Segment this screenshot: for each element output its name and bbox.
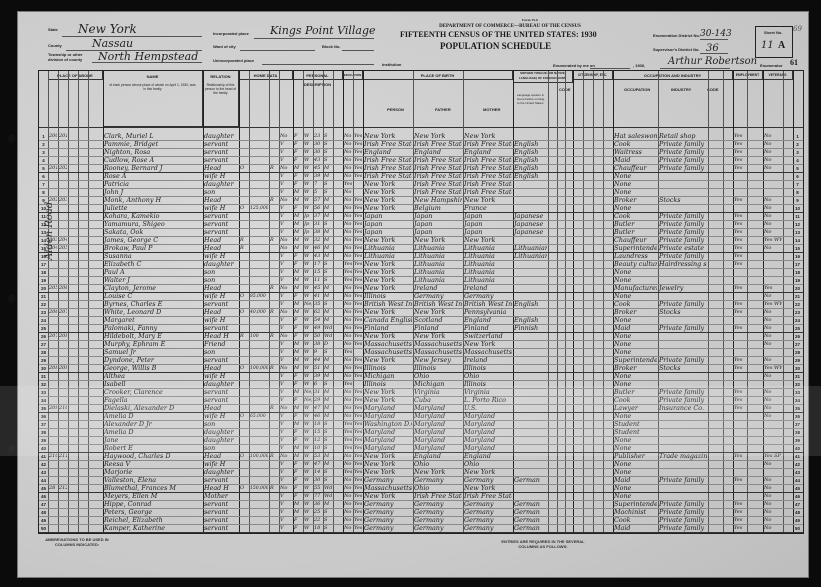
line-number: 41	[793, 453, 802, 461]
margin-note: Alden Road	[44, 202, 55, 260]
line-number: 21	[39, 293, 48, 301]
cell-rel: servant	[204, 524, 238, 533]
enumerator-label: Enumerator	[760, 63, 782, 68]
header-divider	[39, 127, 803, 128]
cell-sex: F	[294, 524, 302, 533]
county-value: Nassau	[92, 37, 133, 50]
cell-work: Yes	[734, 524, 746, 533]
line-number: 47	[793, 501, 802, 509]
block-label: Block No.	[322, 44, 340, 49]
punch-hole	[8, 134, 15, 143]
state-value: New York	[78, 22, 137, 36]
enum-district-value: 30-143	[700, 29, 732, 39]
cell-race: W	[304, 524, 312, 533]
line-number: 2	[39, 141, 48, 149]
line-number: 36	[793, 413, 802, 421]
punch-hole	[8, 444, 15, 453]
group-mother-tongue: MOTHER TONGUE (OR NATIVE LANGUAGE) OF FO…	[513, 71, 573, 83]
line-number: 30	[793, 365, 802, 373]
entries-title: ENTRIES ARE REQUIRED IN THE SEVERAL COLU…	[498, 539, 588, 549]
line-number: 24	[793, 317, 802, 325]
line-number: 27	[793, 341, 802, 349]
line-number: 27	[39, 341, 48, 349]
father-col-header: FATHER	[435, 107, 451, 112]
cell-fam	[59, 524, 67, 533]
line-number: 35	[793, 405, 802, 413]
line-number: 8	[39, 189, 48, 197]
line-number: 4	[793, 157, 802, 165]
enum-district-line	[700, 39, 728, 40]
line-number: 43	[39, 469, 48, 477]
enum-district-label: Enumeration District No.	[653, 33, 700, 38]
block-line	[342, 50, 374, 51]
line-number: 49	[39, 517, 48, 525]
line-number: 35	[39, 405, 48, 413]
supervisor-label: Supervisor's District No.	[653, 47, 700, 52]
mother-col-header: MOTHER	[483, 107, 500, 112]
cell-mpob: Germany	[464, 524, 512, 533]
cell-farm: V	[280, 524, 292, 533]
line-number: 25	[793, 325, 802, 333]
line-number: 38	[793, 429, 802, 437]
institution-label: Institution	[382, 62, 401, 67]
line-number: 29	[39, 357, 48, 365]
ward-line	[240, 50, 315, 51]
line-number: 17	[793, 261, 802, 269]
county-label: County	[48, 43, 62, 48]
line-number: 8	[793, 189, 802, 197]
enumerator-name: Arthur Robertson	[668, 56, 757, 67]
line-number: 46	[39, 493, 48, 501]
line-number: 2	[793, 141, 802, 149]
corner-number: 69	[793, 25, 802, 33]
line-number: 21	[793, 293, 802, 301]
supervisor-value: 36	[706, 43, 719, 54]
line-number: 18	[39, 269, 48, 277]
line-number: 12	[793, 221, 802, 229]
name-header: NAME	[147, 74, 159, 79]
line-number: 4	[39, 157, 48, 165]
group-home-data: HOME DATA	[239, 71, 293, 80]
sheet-label: Sheet No.	[764, 30, 782, 35]
cell-radio	[270, 524, 278, 533]
line-number: 36	[39, 413, 48, 421]
cell-age: 18	[314, 524, 322, 533]
line-number: 37	[39, 421, 48, 429]
line-number: 16	[793, 253, 802, 261]
line-number: 11	[793, 213, 802, 221]
cell-vet: No	[764, 524, 782, 533]
relation-header: RELATION	[210, 74, 230, 79]
line-number: 18	[793, 269, 802, 277]
cell-ind: Private family	[659, 524, 707, 533]
line-number: 48	[793, 509, 802, 517]
line-number: 24	[39, 317, 48, 325]
table-row: 5050Kamper, KatherineservantVFW18SNoYesG…	[39, 525, 803, 533]
township-value: North Hempstead	[98, 50, 198, 63]
census-title: FIFTEENTH CENSUS OF THE UNITED STATES: 1…	[400, 30, 590, 39]
sheet-side: A	[778, 40, 785, 51]
line-number: 33	[39, 389, 48, 397]
line-number: 7	[39, 181, 48, 189]
line-number: 22	[793, 301, 802, 309]
line-number: 39	[39, 437, 48, 445]
cell-school: No	[344, 524, 352, 533]
cell-lang: German	[514, 524, 547, 533]
line-number: 34	[39, 397, 48, 405]
line-number: 48	[39, 509, 48, 517]
line-number: 28	[793, 349, 802, 357]
line-number: 29	[793, 357, 802, 365]
line-number: 19	[793, 277, 802, 285]
line-number: 37	[793, 421, 802, 429]
date-line	[590, 68, 630, 69]
line-number: 42	[39, 461, 48, 469]
line-number: 49	[793, 517, 802, 525]
group-veterans: VETERANS	[763, 71, 793, 80]
occupation-col-header: OCCUPATION	[624, 87, 650, 92]
line-number: 20	[793, 285, 802, 293]
line-number: 28	[39, 349, 48, 357]
line-number: 17	[39, 261, 48, 269]
unincorporated-label: Unincorporated place	[213, 58, 254, 63]
sheet-number-box: Sheet No. 11 A	[755, 26, 793, 58]
line-number: 44	[39, 477, 48, 485]
unincorporated-line	[262, 64, 374, 65]
line-number: 50	[793, 525, 802, 533]
line-number: 7	[793, 181, 802, 189]
line-number: 23	[793, 309, 802, 317]
cell-name: Kamper, Katherine	[104, 524, 202, 533]
line-number: 40	[39, 445, 48, 453]
line-number: 5	[793, 165, 802, 173]
line-number: 41	[39, 453, 48, 461]
sheet-number: 11	[761, 40, 774, 51]
group-name: NAMEof each person whose place of abode …	[103, 71, 203, 127]
group-personal-description: PERSONAL DESCRIPTION	[293, 71, 343, 80]
line-number: 47	[39, 501, 48, 509]
person-col-header: PERSON	[387, 107, 404, 112]
cell-dw	[49, 524, 57, 533]
stamp-number: 61	[790, 58, 798, 67]
punch-hole	[8, 294, 15, 303]
group-place-of-birth: PLACE OF BIRTH	[363, 71, 513, 80]
cell-pob: Germany	[364, 524, 412, 533]
line-number: 26	[39, 333, 48, 341]
line-number: 46	[793, 493, 802, 501]
line-number: 5	[39, 165, 48, 173]
line-number: 1	[39, 133, 48, 141]
line-number: 31	[39, 373, 48, 381]
enumerated-label: Enumerated by me on	[553, 63, 595, 68]
line-number: 13	[793, 229, 802, 237]
form-number: Form 15-6	[490, 18, 570, 22]
line-number: 15	[793, 245, 802, 253]
line-number: 34	[793, 397, 802, 405]
line-number: 22	[39, 301, 48, 309]
relation-description: Relationship of this person to the head …	[203, 83, 238, 95]
name-description: of each person whose place of abode on A…	[103, 83, 202, 91]
cell-read: Yes	[354, 524, 362, 533]
line-number: 31	[793, 373, 802, 381]
population-table: PLACE OF ABODE NAMEof each person whose …	[38, 70, 804, 534]
line-number: 43	[793, 469, 802, 477]
cell-ms: S	[324, 524, 332, 533]
line-number: 10	[793, 205, 802, 213]
enumerator-line	[660, 68, 730, 69]
cell-tenure	[240, 524, 248, 533]
line-number: 14	[793, 237, 802, 245]
line-number: 25	[39, 325, 48, 333]
group-employment: EMPLOYMENT	[733, 71, 763, 80]
year-suffix: , 1930,	[633, 63, 645, 68]
cell-val	[250, 524, 268, 533]
cell-occ: Maid	[614, 524, 657, 533]
line-number: 32	[39, 381, 48, 389]
line-number: 50	[39, 525, 48, 533]
ward-label: Ward of city	[213, 44, 236, 49]
line-number: 45	[793, 485, 802, 493]
group-relation: RELATIONRelationship of this person to t…	[203, 71, 239, 127]
line-number: 42	[793, 461, 802, 469]
incorporated-value: Kings Point Village	[270, 24, 376, 37]
line-number: 9	[793, 197, 802, 205]
industry-col-header: INDUSTRY	[671, 87, 691, 92]
line-number: 20	[39, 285, 48, 293]
line-number: 19	[39, 277, 48, 285]
line-number: 30	[39, 365, 48, 373]
line-number: 32	[793, 381, 802, 389]
schedule-title: POPULATION SCHEDULE	[440, 41, 550, 51]
group-occupation: OCCUPATION AND INDUSTRY	[613, 71, 733, 80]
abbreviations-title: ABBREVIATIONS TO BE USED IN COLUMNS INDI…	[42, 537, 112, 547]
line-number: 3	[793, 149, 802, 157]
incorporated-label: Incorporated place	[213, 31, 249, 36]
department-title: DEPARTMENT OF COMMERCE—BUREAU OF THE CEN…	[420, 24, 600, 29]
line-number: 1	[793, 133, 802, 141]
line-number: 3	[39, 149, 48, 157]
state-label: State	[48, 27, 58, 32]
line-number: 33	[793, 389, 802, 397]
language-col-header: Language spoken in home before coming to…	[517, 93, 547, 105]
line-number: 44	[793, 477, 802, 485]
cell-fpob: Germany	[414, 524, 462, 533]
line-number: 6	[39, 173, 48, 181]
line-number: 26	[793, 333, 802, 341]
line-number: 39	[793, 437, 802, 445]
group-place-of-abode: PLACE OF ABODE	[48, 71, 103, 80]
line-number: 6	[793, 173, 802, 181]
footer-instructions: ABBREVIATIONS TO BE USED IN COLUMNS INDI…	[38, 534, 802, 564]
line-number: 38	[39, 429, 48, 437]
line-number: 23	[39, 309, 48, 317]
line-number: 45	[39, 485, 48, 493]
township-label: Township or other division of county	[48, 52, 88, 62]
incorporated-line	[254, 38, 374, 39]
line-number: 40	[793, 445, 802, 453]
